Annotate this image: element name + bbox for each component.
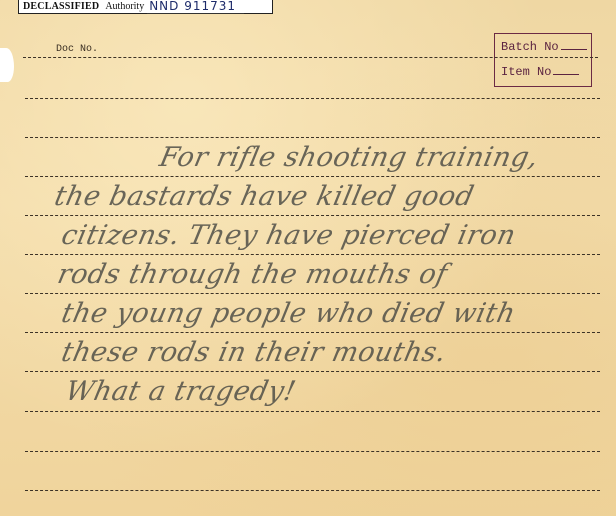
ruled-line [25,332,600,333]
batch-item-box: Batch No Item No [494,33,592,87]
ruled-line [23,57,598,58]
handwritten-line-7: What a tragedy! [63,376,616,407]
item-label: Item No [501,65,551,79]
ruled-line [25,254,600,255]
ruled-line [25,411,600,412]
ruled-line [25,98,600,99]
ruled-line [25,176,600,177]
handwritten-line-3: citizens. They have pierced iron [59,220,616,251]
handwritten-line-6: these rods in their mouths. [59,337,616,368]
handwritten-line-1: For rifle shooting training, [157,142,616,173]
ruled-line [25,371,600,372]
authority-label: Authority [105,1,144,12]
handwritten-line-5: the young people who died with [59,298,616,329]
handwritten-line-2: the bastards have killed good [52,181,616,212]
ruled-line [25,490,600,491]
batch-label: Batch No [501,40,559,54]
batch-row: Batch No [501,40,587,54]
authority-number: NND 911731 [147,0,244,14]
declassified-stamp: DECLASSIFIED Authority NND 911731 [18,0,273,14]
item-blank [553,74,579,75]
ruled-line [25,215,600,216]
doc-no-label: Doc No. [56,44,98,55]
ruled-line [25,137,600,138]
batch-blank [561,49,587,50]
ruled-line [25,293,600,294]
paper-tear [0,48,14,82]
item-row: Item No [501,65,579,79]
declassified-label: DECLASSIFIED [23,1,99,12]
handwritten-line-4: rods through the mouths of [55,259,616,290]
ruled-line [25,451,600,452]
